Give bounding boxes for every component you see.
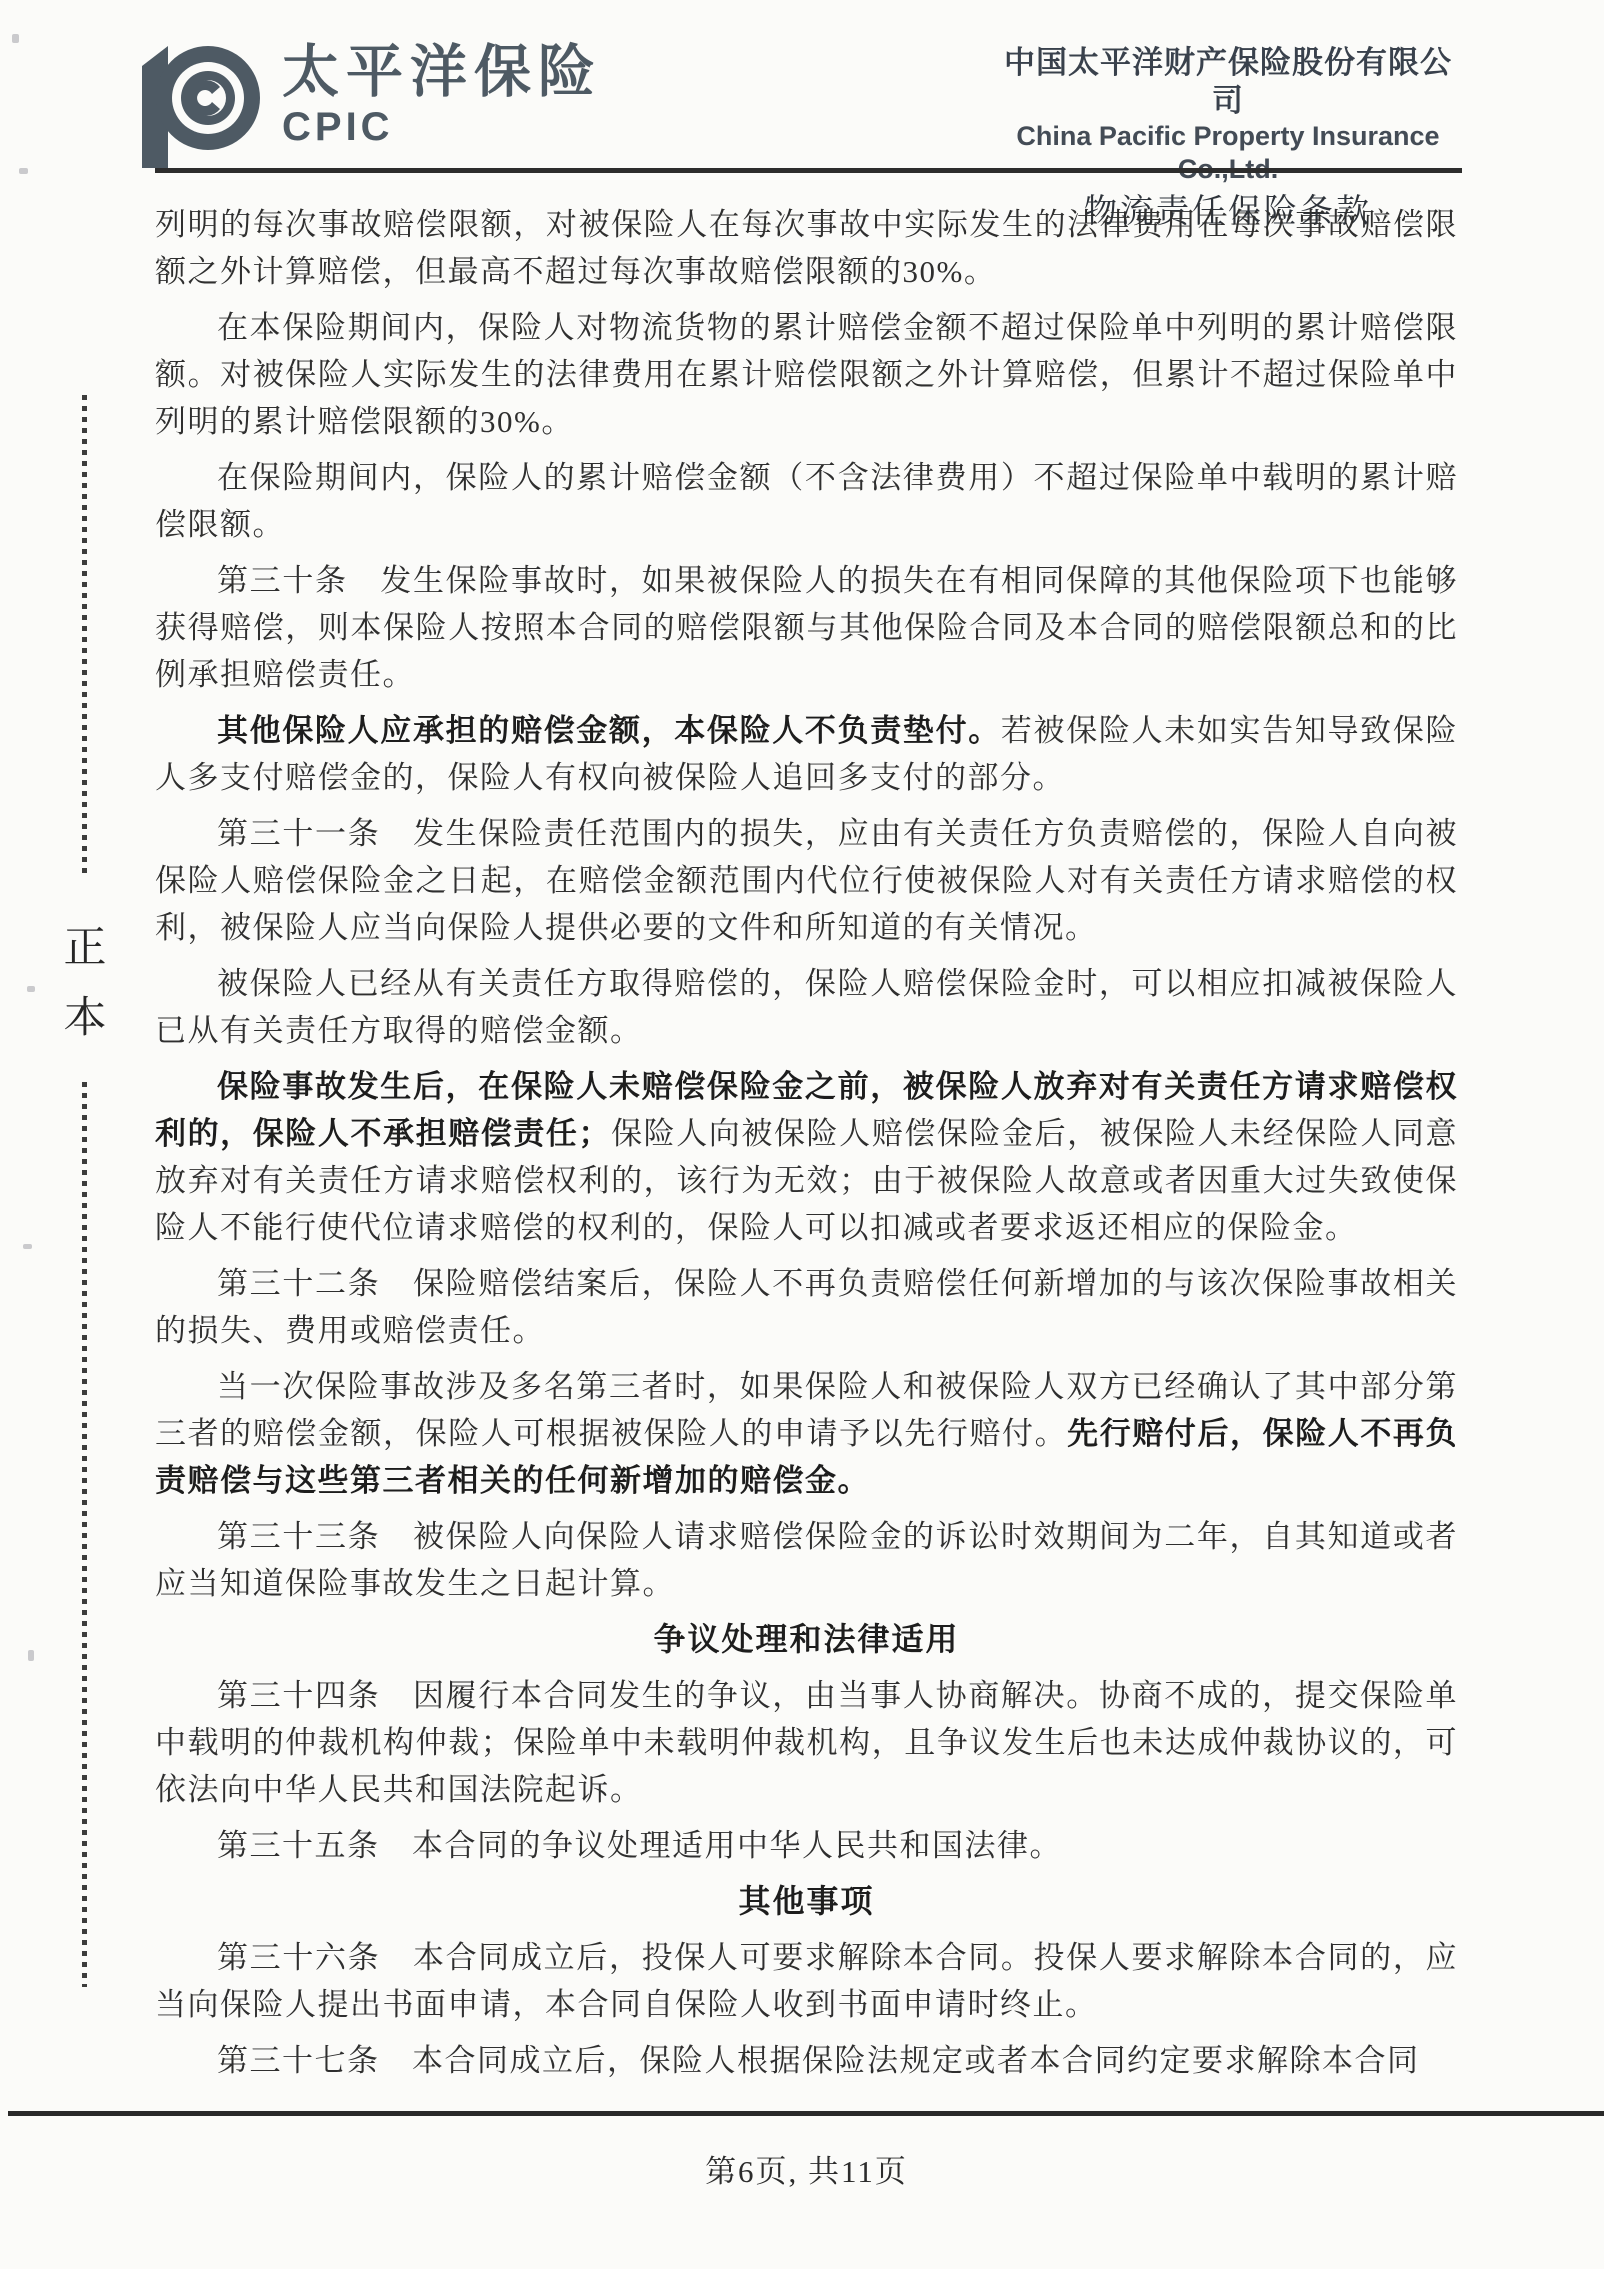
scan-artifact — [23, 1244, 32, 1249]
text-run: 第三十二条 保险赔偿结案后，保险人不再负责赔偿任何新增加的与该次保险事故相关的损… — [155, 1266, 1458, 1348]
scan-artifact — [27, 986, 35, 992]
page-number-info: 第6页, 共11页 — [155, 2150, 1458, 2194]
bold-text-run: 其他保险人应承担的赔偿金额，本保险人不负责垫付。 — [217, 713, 1001, 748]
body-paragraph: 第三十条 发生保险事故时，如果被保险人的损失在有相同保障的其他保险项下也能够获得… — [155, 557, 1458, 698]
scan-artifact — [12, 34, 19, 43]
document-body: 列明的每次事故赔偿限额，对被保险人在每次事故中实际发生的法律费用在每次事故赔偿限… — [155, 201, 1458, 2084]
text-run: 第三十四条 因履行本合同发生的争议，由当事人协商解决。协商不成的，提交保险单中载… — [155, 1678, 1458, 1807]
header-rule — [155, 168, 1462, 173]
section-heading: 争议处理和法律适用 — [155, 1616, 1458, 1663]
binding-dotted-line-top — [82, 395, 87, 873]
body-paragraph: 第三十四条 因履行本合同发生的争议，由当事人协商解决。协商不成的，提交保险单中载… — [155, 1672, 1458, 1813]
copy-label-char: 本 — [64, 996, 107, 1042]
cpic-logo-icon — [128, 40, 266, 173]
text-run: 列明的每次事故赔偿限额，对被保险人在每次事故中实际发生的法律费用在每次事故赔偿限… — [155, 207, 1458, 289]
bold-text-run: 其他事项 — [738, 1883, 874, 1919]
brand-text: 太平洋保险 CPIC — [282, 40, 602, 148]
body-paragraph: 列明的每次事故赔偿限额，对被保险人在每次事故中实际发生的法律费用在每次事故赔偿限… — [155, 201, 1458, 295]
bold-text-run: 争议处理和法律适用 — [653, 1621, 959, 1657]
scan-artifact — [28, 1650, 34, 1661]
body-paragraph: 第三十七条 本合同成立后，保险人根据保险法规定或者本合同约定要求解除本合同 — [155, 2037, 1458, 2084]
company-name-en: China Pacific Property Insurance Co.,Ltd… — [998, 120, 1458, 186]
body-paragraph: 第三十三条 被保险人向保险人请求赔偿保险金的诉讼时效期间为二年，自其知道或者应当… — [155, 1513, 1458, 1607]
text-run: 被保险人已经从有关责任方取得赔偿的，保险人赔偿保险金时，可以相应扣减被保险人已从… — [155, 966, 1458, 1048]
text-run: 第三十五条 本合同的争议处理适用中华人民共和国法律。 — [217, 1828, 1062, 1863]
original-copy-label: 正 本 — [62, 926, 108, 1042]
brand-name-cn: 太平洋保险 — [282, 40, 602, 104]
body-paragraph: 第三十二条 保险赔偿结案后，保险人不再负责赔偿任何新增加的与该次保险事故相关的损… — [155, 1260, 1458, 1354]
scan-artifact — [19, 168, 28, 174]
text-run: 第三十三条 被保险人向保险人请求赔偿保险金的诉讼时效期间为二年，自其知道或者应当… — [155, 1519, 1458, 1601]
company-name-cn: 中国太平洋财产保险股份有限公司 — [998, 44, 1458, 120]
body-paragraph: 第三十六条 本合同成立后，投保人可要求解除本合同。投保人要求解除本合同的，应当向… — [155, 1934, 1458, 2028]
body-paragraph: 在本保险期间内，保险人对物流货物的累计赔偿金额不超过保险单中列明的累计赔偿限额。… — [155, 304, 1458, 445]
body-paragraph: 其他保险人应承担的赔偿金额，本保险人不负责垫付。若被保险人未如实告知导致保险人多… — [155, 707, 1458, 801]
body-paragraph: 第三十五条 本合同的争议处理适用中华人民共和国法律。 — [155, 1822, 1458, 1869]
text-run: 第三十条 发生保险事故时，如果被保险人的损失在有相同保障的其他保险项下也能够获得… — [155, 563, 1458, 692]
document-page: 太平洋保险 CPIC 中国太平洋财产保险股份有限公司 China Pacific… — [0, 0, 1604, 2269]
text-run: 第三十一条 发生保险责任范围内的损失，应由有关责任方负责赔偿的，保险人自向被保险… — [155, 816, 1458, 945]
cpic-logo-block: 太平洋保险 CPIC — [128, 40, 602, 173]
body-paragraph: 在保险期间内，保险人的累计赔偿金额（不含法律费用）不超过保险单中载明的累计赔偿限… — [155, 454, 1458, 548]
text-run: 第三十七条 本合同成立后，保险人根据保险法规定或者本合同约定要求解除本合同 — [217, 2043, 1420, 2078]
binding-dotted-line-bottom — [82, 1082, 87, 1987]
brand-name-en: CPIC — [282, 106, 602, 148]
section-heading: 其他事项 — [155, 1878, 1458, 1925]
text-run: 第三十六条 本合同成立后，投保人可要求解除本合同。投保人要求解除本合同的，应当向… — [155, 1940, 1458, 2022]
copy-label-char: 正 — [64, 926, 107, 972]
body-paragraph: 保险事故发生后，在保险人未赔偿保险金之前，被保险人放弃对有关责任方请求赔偿权利的… — [155, 1063, 1458, 1251]
body-paragraph: 当一次保险事故涉及多名第三者时，如果保险人和被保险人双方已经确认了其中部分第三者… — [155, 1363, 1458, 1504]
body-paragraph: 被保险人已经从有关责任方取得赔偿的，保险人赔偿保险金时，可以相应扣减被保险人已从… — [155, 960, 1458, 1054]
text-run: 在保险期间内，保险人的累计赔偿金额（不含法律费用）不超过保险单中载明的累计赔偿限… — [155, 460, 1458, 542]
footer-rule — [8, 2111, 1604, 2116]
text-run: 在本保险期间内，保险人对物流货物的累计赔偿金额不超过保险单中列明的累计赔偿限额。… — [155, 310, 1458, 439]
body-paragraph: 第三十一条 发生保险责任范围内的损失，应由有关责任方负责赔偿的，保险人自向被保险… — [155, 810, 1458, 951]
